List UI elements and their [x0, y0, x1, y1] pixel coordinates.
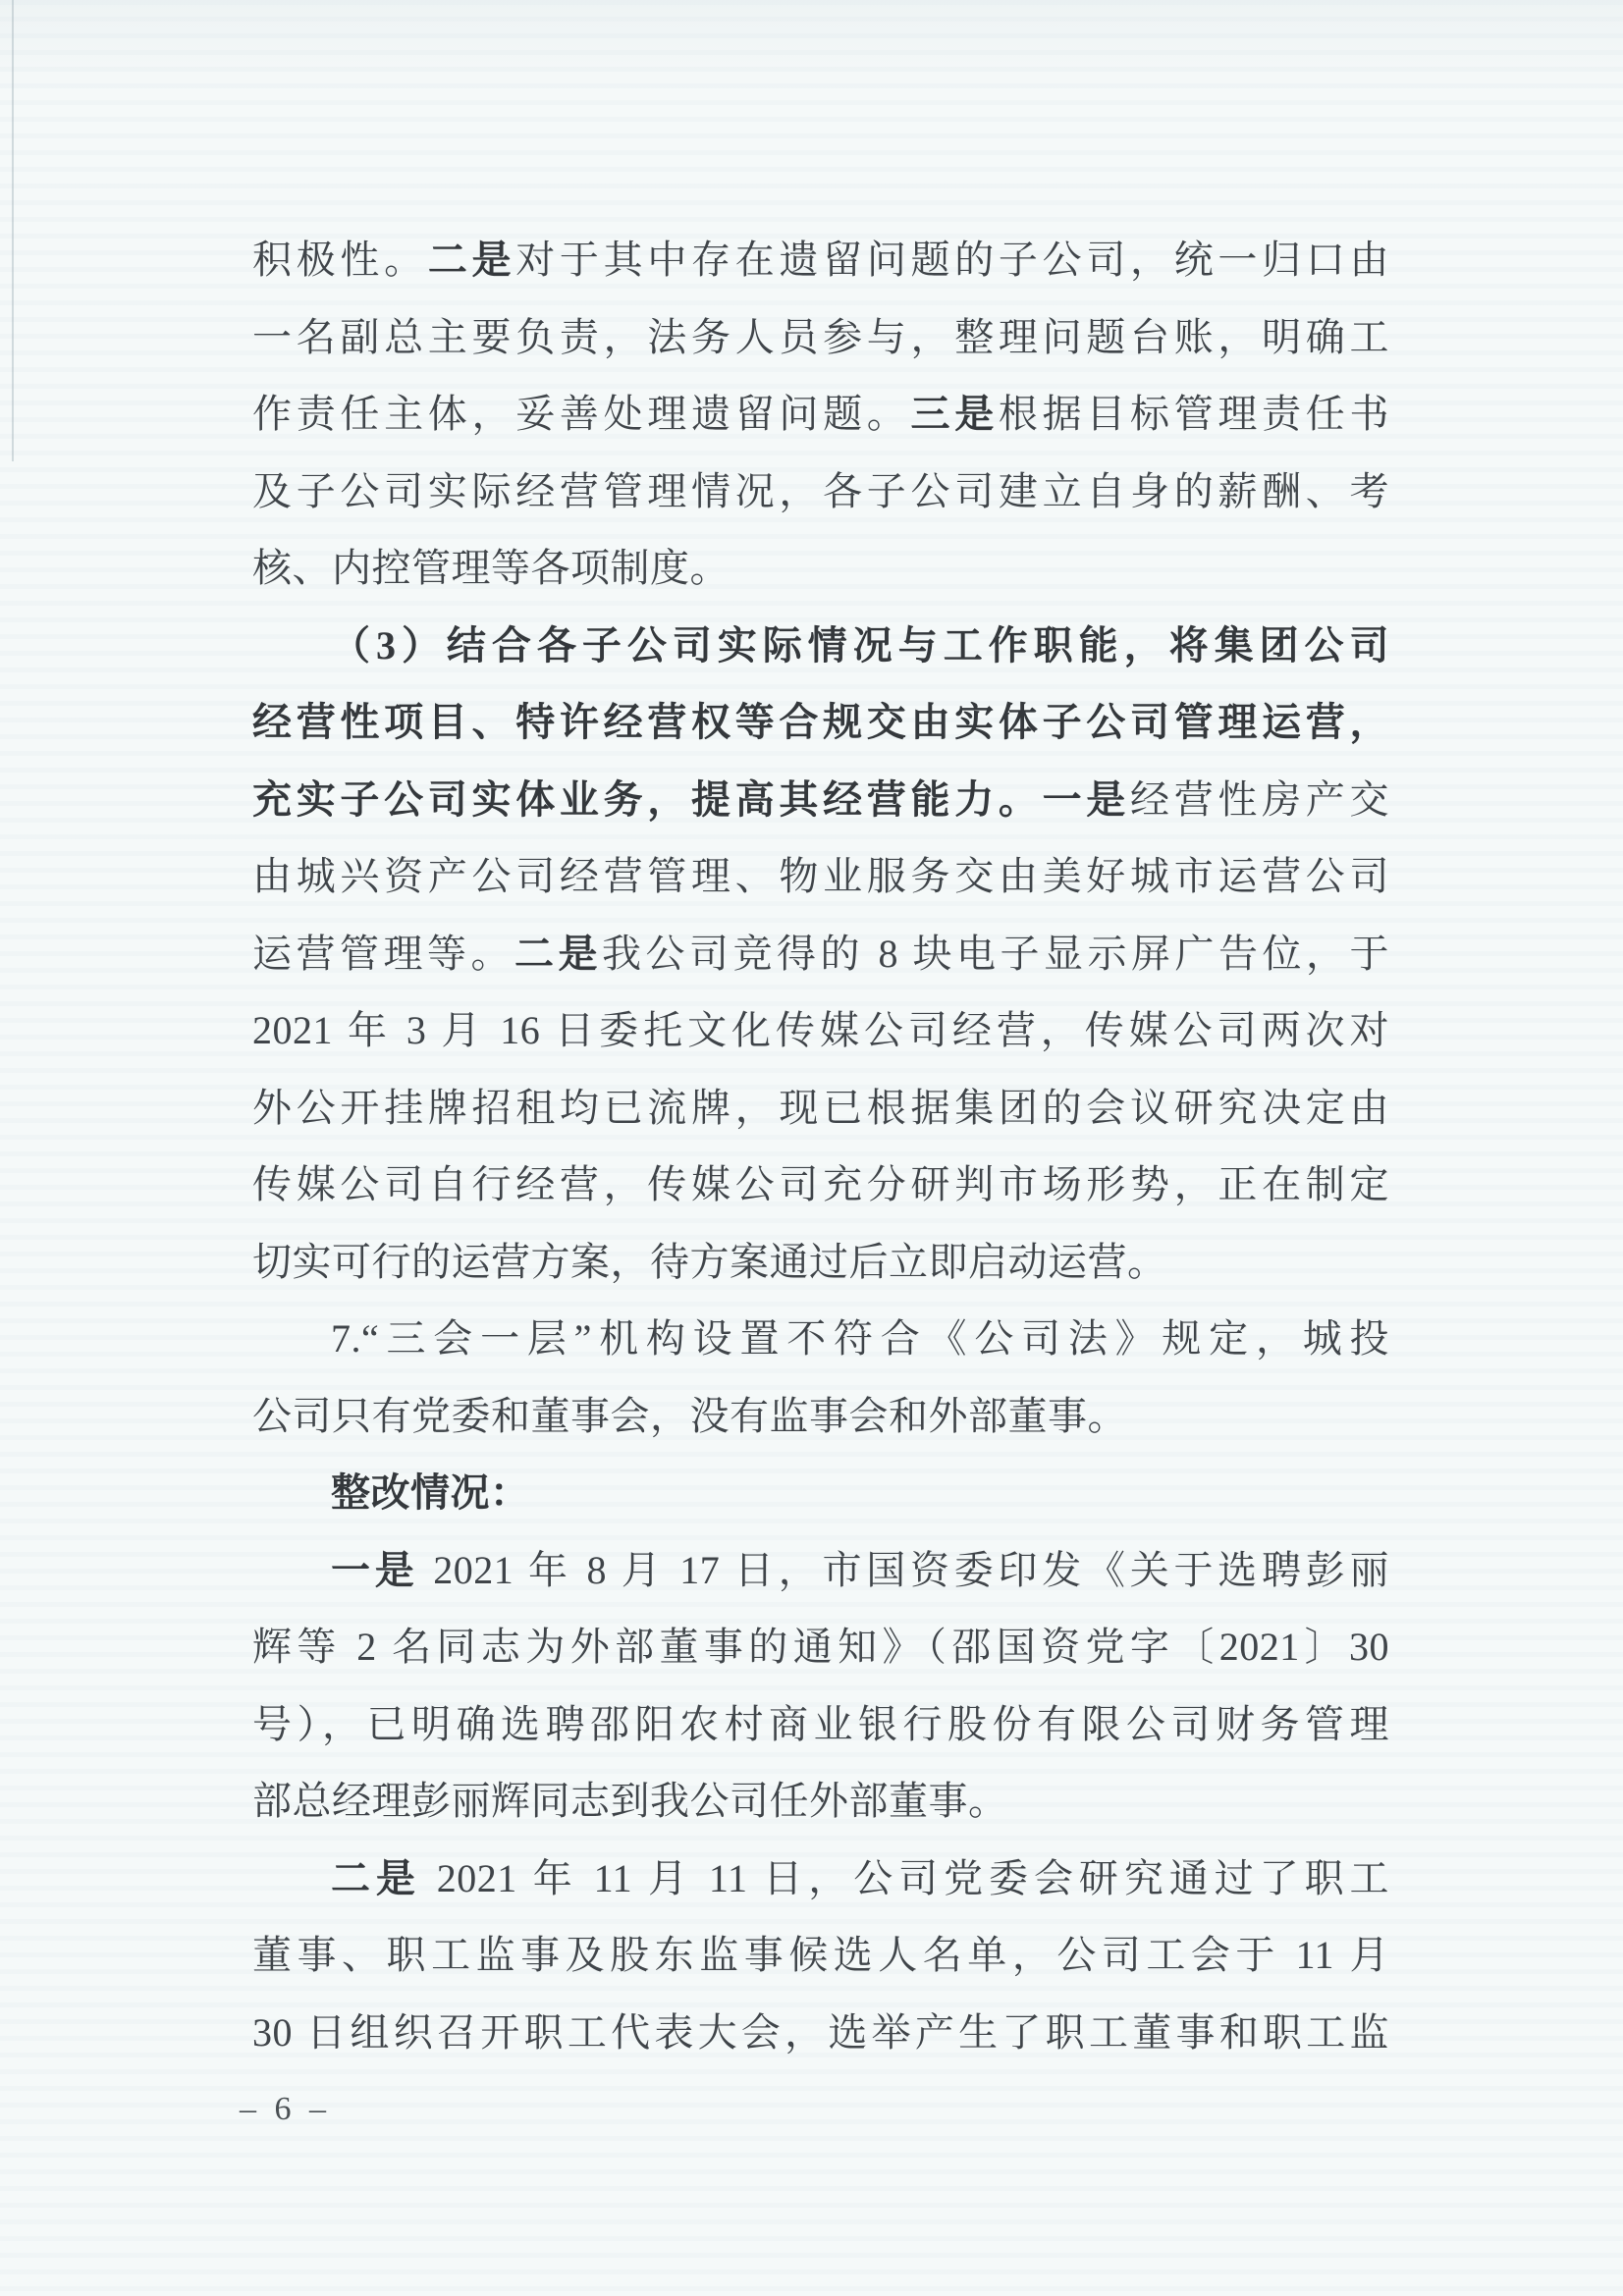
text-segment: 充实子公司实体业务，提高其经营能力。一是	[252, 777, 1130, 822]
text-line: 二是 2021 年 11 月 11 日，公司党委会研究通过了职工	[252, 1841, 1389, 1918]
text-segment: 公司只有党委和董事会，没有监事会和外部董事。	[252, 1394, 1127, 1438]
text-line: 7.“三会一层”机构设置不符合《公司法》规定，城投	[252, 1301, 1389, 1378]
document-body: 积极性。二是对于其中存在遗留问题的子公司，统一归口由一名副总主要负责，法务人员参…	[252, 222, 1389, 2071]
text-segment: 2021 年 8 月 17 日，市国资委印发《关于选聘彭丽	[419, 1548, 1390, 1592]
text-segment: 运营管理等。	[252, 932, 514, 976]
text-segment: 整改情况：	[331, 1470, 530, 1515]
text-segment: 辉等 2 名同志为外部董事的通知》（邵国资党字〔2021〕30	[252, 1625, 1389, 1669]
text-segment: 传媒公司自行经营，传媒公司充分研判市场形势，正在制定	[252, 1162, 1389, 1206]
text-segment: 及子公司实际经营管理情况，各子公司建立自身的薪酬、考	[252, 469, 1389, 513]
text-line: 充实子公司实体业务，提高其经营能力。一是经营性房产交	[252, 762, 1389, 839]
text-line: 运营管理等。二是我公司竞得的 8 块电子显示屏广告位，于	[252, 916, 1389, 993]
text-segment: 切实可行的运营方案，待方案通过后立即启动运营。	[252, 1240, 1167, 1284]
text-segment: 我公司竞得的 8 块电子显示屏广告位，于	[602, 932, 1389, 976]
text-segment: 对于其中存在遗留问题的子公司，统一归口由	[515, 238, 1389, 282]
text-segment: 二是	[331, 1856, 421, 1900]
document-page: 积极性。二是对于其中存在遗留问题的子公司，统一归口由一名副总主要负责，法务人员参…	[0, 0, 1623, 2296]
text-segment: 积极性。	[252, 238, 428, 282]
text-segment: 一是	[331, 1548, 419, 1592]
text-line: 外公开挂牌招租均已流牌，现已根据集团的会议研究决定由	[252, 1070, 1389, 1148]
text-line: 2021 年 3 月 16 日委托文化传媒公司经营，传媒公司两次对	[252, 992, 1389, 1070]
text-line: 一名副总主要负责，法务人员参与，整理问题台账，明确工	[252, 299, 1389, 377]
text-line: 作责任主体，妥善处理遗留问题。三是根据目标管理责任书	[252, 376, 1389, 454]
text-segment: 部总经理彭丽辉同志到我公司任外部董事。	[252, 1779, 1008, 1823]
text-segment: 经营性项目、特许经营权等合规交由实体子公司管理运营，	[252, 700, 1389, 744]
text-line: 经营性项目、特许经营权等合规交由实体子公司管理运营，	[252, 684, 1389, 762]
text-line: 辉等 2 名同志为外部董事的通知》（邵国资党字〔2021〕30	[252, 1609, 1389, 1686]
page-number: – 6 –	[240, 2091, 331, 2128]
text-line: 及子公司实际经营管理情况，各子公司建立自身的薪酬、考	[252, 454, 1389, 531]
text-segment: 二是	[514, 932, 602, 976]
text-segment: 经营性房产交	[1130, 777, 1389, 822]
text-segment: 外公开挂牌招租均已流牌，现已根据集团的会议研究决定由	[252, 1086, 1389, 1130]
text-line: 整改情况：	[252, 1455, 1389, 1532]
text-line: 董事、职工监事及股东监事候选人名单，公司工会于 11 月	[252, 1917, 1389, 1995]
scan-edge-artifact	[12, 0, 14, 461]
text-line: 公司只有党委和董事会，没有监事会和外部董事。	[252, 1378, 1389, 1456]
text-line: 积极性。二是对于其中存在遗留问题的子公司，统一归口由	[252, 222, 1389, 299]
text-line: 由城兴资产公司经营管理、物业服务交由美好城市运营公司	[252, 838, 1389, 916]
text-segment: 作责任主体，妥善处理遗留问题。	[252, 392, 911, 436]
text-segment: （3）结合各子公司实际情况与工作职能，将集团公司	[331, 623, 1389, 667]
text-segment: 号），已明确选聘邵阳农村商业银行股份有限公司财务管理	[252, 1702, 1389, 1746]
text-line: 30 日组织召开职工代表大会，选举产生了职工董事和职工监	[252, 1995, 1389, 2072]
text-line: 传媒公司自行经营，传媒公司充分研判市场形势，正在制定	[252, 1147, 1389, 1224]
text-line: （3）结合各子公司实际情况与工作职能，将集团公司	[252, 608, 1389, 685]
text-segment: 2021 年 3 月 16 日委托文化传媒公司经营，传媒公司两次对	[252, 1008, 1389, 1052]
text-line: 核、内控管理等各项制度。	[252, 530, 1389, 608]
text-line: 一是 2021 年 8 月 17 日，市国资委印发《关于选聘彭丽	[252, 1532, 1389, 1610]
text-segment: 一名副总主要负责，法务人员参与，整理问题台账，明确工	[252, 315, 1389, 359]
text-line: 部总经理彭丽辉同志到我公司任外部董事。	[252, 1763, 1389, 1841]
text-line: 切实可行的运营方案，待方案通过后立即启动运营。	[252, 1224, 1389, 1302]
text-segment: 根据目标管理责任书	[999, 392, 1389, 436]
text-segment: 董事、职工监事及股东监事候选人名单，公司工会于 11 月	[252, 1933, 1389, 1977]
text-line: 号），已明确选聘邵阳农村商业银行股份有限公司财务管理	[252, 1686, 1389, 1764]
text-segment: 三是	[911, 392, 999, 436]
text-segment: 7.“三会一层”机构设置不符合《公司法》规定，城投	[331, 1316, 1389, 1361]
text-segment: 由城兴资产公司经营管理、物业服务交由美好城市运营公司	[252, 854, 1389, 898]
text-segment: 2021 年 11 月 11 日，公司党委会研究通过了职工	[421, 1856, 1389, 1900]
text-segment: 30 日组织召开职工代表大会，选举产生了职工董事和职工监	[252, 2010, 1389, 2055]
text-segment: 二是	[428, 238, 515, 282]
text-segment: 核、内控管理等各项制度。	[252, 546, 730, 590]
